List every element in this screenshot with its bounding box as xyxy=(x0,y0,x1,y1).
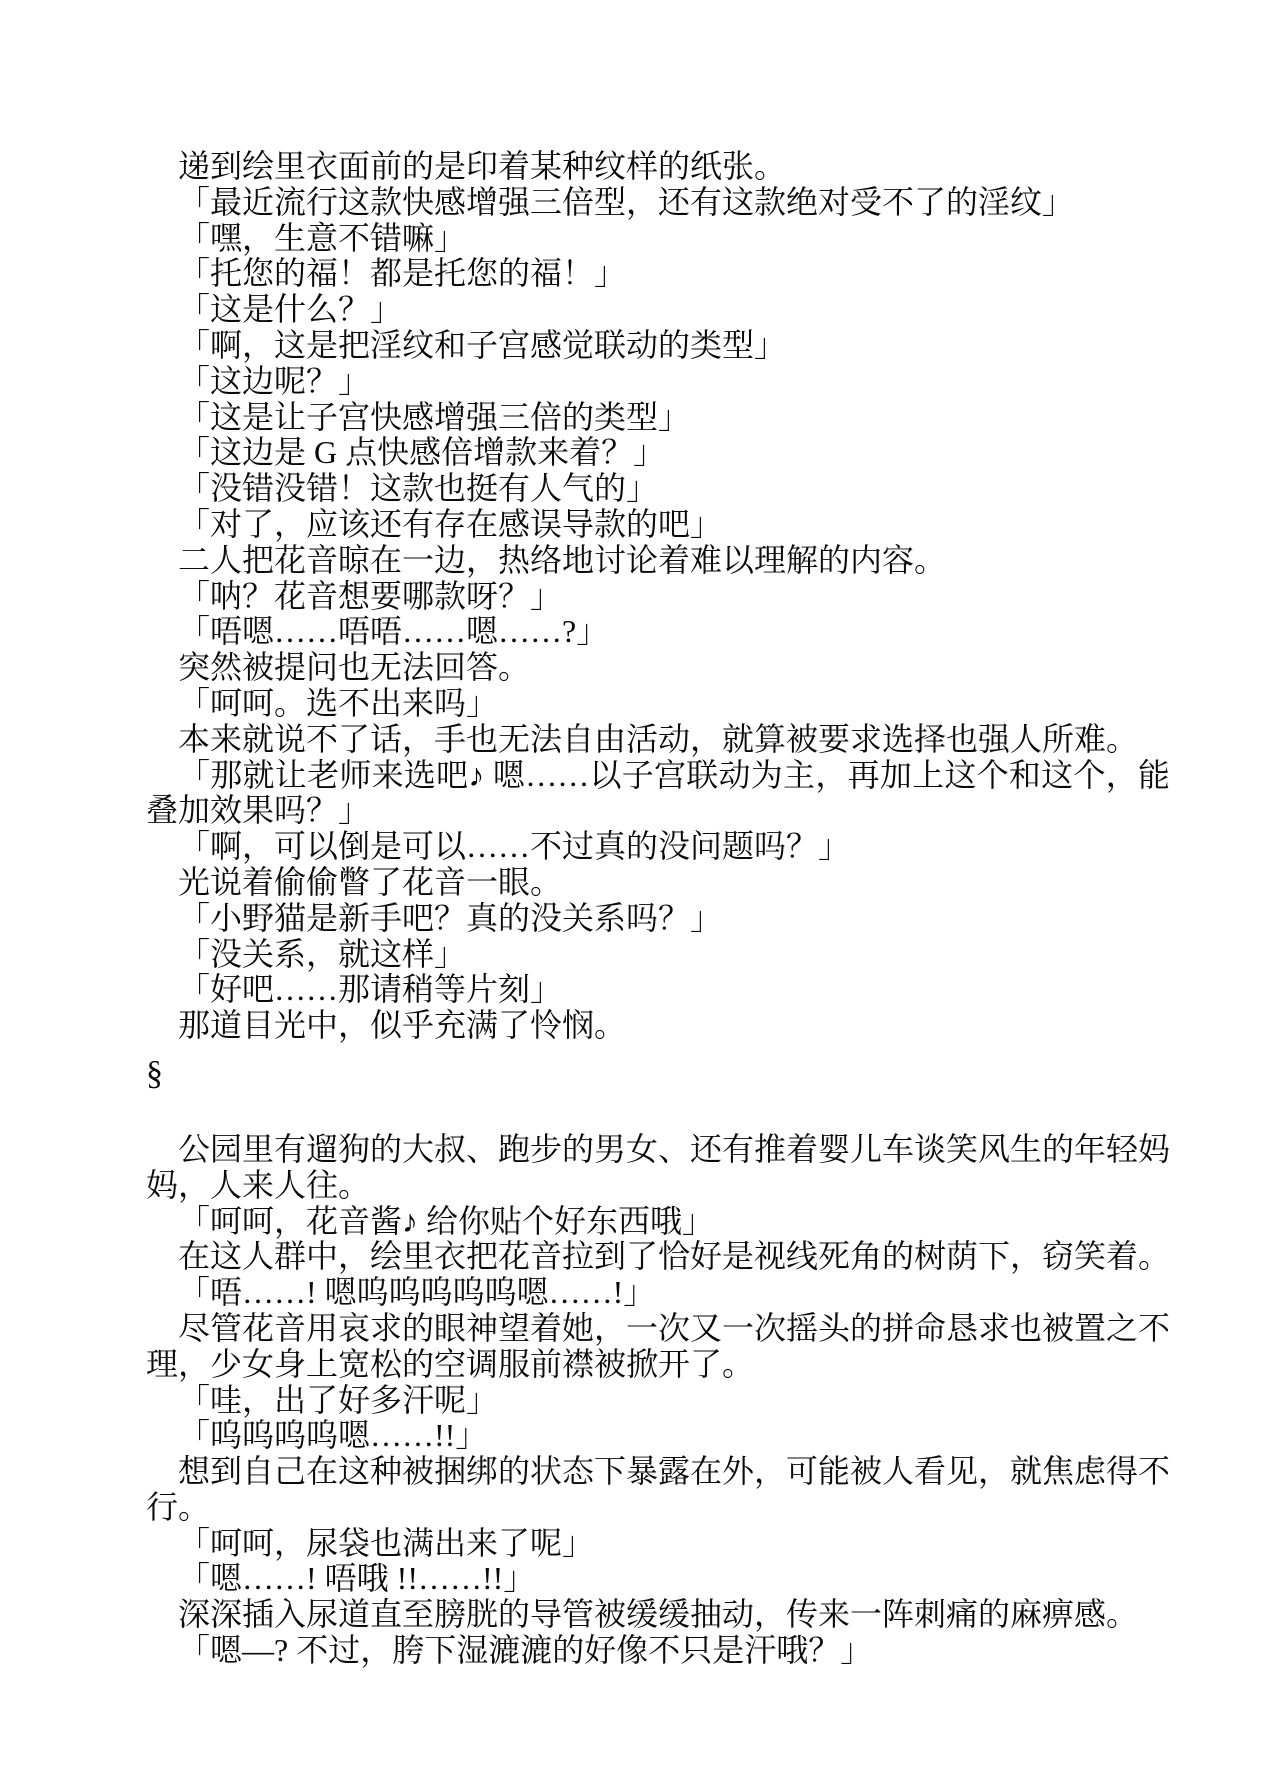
document-page: 递到绘里衣面前的是印着某种纹样的纸张。「最近流行这款快感增强三倍型，还有这款绝对… xyxy=(0,0,1280,1669)
text-section-2: 公园里有遛狗的大叔、跑步的男女、还有推着婴儿车谈笑风生的年轻妈妈，人来人往。「呵… xyxy=(146,1132,1170,1669)
paragraph: 二人把花音晾在一边，热络地讨论着难以理解的内容。 xyxy=(146,543,1170,579)
paragraph: 那道目光中，似乎充满了怜悯。 xyxy=(146,1008,1170,1044)
section-divider: § xyxy=(146,1056,1170,1092)
paragraph: 突然被提问也无法回答。 xyxy=(146,650,1170,686)
paragraph: 「哇，出了好多汗呢」 xyxy=(146,1383,1170,1419)
paragraph: 「啊，这是把淫纹和子宫感觉联动的类型」 xyxy=(146,328,1170,364)
paragraph: 「呜呜呜呜嗯……!!」 xyxy=(146,1418,1170,1454)
paragraph: 想到自己在这种被捆绑的状态下暴露在外，可能被人看见，就焦虑得不行。 xyxy=(146,1454,1170,1526)
paragraph: 「对了，应该还有存在感误导款的吧」 xyxy=(146,507,1170,543)
paragraph: 「最近流行这款快感增强三倍型，还有这款绝对受不了的淫纹」 xyxy=(146,185,1170,221)
paragraph: 「托您的福！都是托您的福！」 xyxy=(146,256,1170,292)
paragraph: 在这人群中，绘里衣把花音拉到了恰好是视线死角的树荫下，窃笑着。 xyxy=(146,1239,1170,1275)
paragraph: 光说着偷偷瞥了花音一眼。 xyxy=(146,865,1170,901)
paragraph: 「没错没错！这款也挺有人气的」 xyxy=(146,471,1170,507)
text-section-1: 递到绘里衣面前的是印着某种纹样的纸张。「最近流行这款快感增强三倍型，还有这款绝对… xyxy=(146,149,1170,1044)
paragraph: 「那就让老师来选吧♪ 嗯……以子宫联动为主，再加上这个和这个，能叠加效果吗？」 xyxy=(146,758,1170,830)
paragraph: 深深插入尿道直至膀胱的导管被缓缓抽动，传来一阵刺痛的麻痹感。 xyxy=(146,1597,1170,1633)
paragraph: 「这是让子宫快感增强三倍的类型」 xyxy=(146,400,1170,436)
paragraph: 「嗯—? 不过，胯下湿漉漉的好像不只是汗哦？」 xyxy=(146,1633,1170,1669)
paragraph: 「好吧……那请稍等片刻」 xyxy=(146,972,1170,1008)
paragraph: 「呵呵，花音酱♪ 给你贴个好东西哦」 xyxy=(146,1204,1170,1240)
paragraph: 递到绘里衣面前的是印着某种纹样的纸张。 xyxy=(146,149,1170,185)
paragraph: 「啊，可以倒是可以……不过真的没问题吗？」 xyxy=(146,829,1170,865)
paragraph: 尽管花音用哀求的眼神望着她，一次又一次摇头的拼命恳求也被置之不理，少女身上宽松的… xyxy=(146,1311,1170,1383)
paragraph: 本来就说不了话，手也无法自由活动，就算被要求选择也强人所难。 xyxy=(146,722,1170,758)
paragraph: 「这边是 G 点快感倍增款来着？」 xyxy=(146,435,1170,471)
paragraph: 「呐？花音想要哪款呀？」 xyxy=(146,579,1170,615)
paragraph: 「呵呵。选不出来吗」 xyxy=(146,686,1170,722)
paragraph: 「唔嗯……唔唔……嗯……?」 xyxy=(146,614,1170,650)
paragraph: 「没关系，就这样」 xyxy=(146,937,1170,973)
paragraph: 「这边呢？」 xyxy=(146,364,1170,400)
paragraph: 公园里有遛狗的大叔、跑步的男女、还有推着婴儿车谈笑风生的年轻妈妈，人来人往。 xyxy=(146,1132,1170,1204)
paragraph: 「小野猫是新手吧？真的没关系吗？」 xyxy=(146,901,1170,937)
paragraph: 「嗯……! 唔哦 !!……!!」 xyxy=(146,1561,1170,1597)
paragraph: 「呵呵，尿袋也满出来了呢」 xyxy=(146,1526,1170,1562)
paragraph: 「这是什么？」 xyxy=(146,292,1170,328)
paragraph: 「嘿，生意不错嘛」 xyxy=(146,221,1170,257)
paragraph: 「唔……! 嗯呜呜呜呜呜嗯……!」 xyxy=(146,1275,1170,1311)
